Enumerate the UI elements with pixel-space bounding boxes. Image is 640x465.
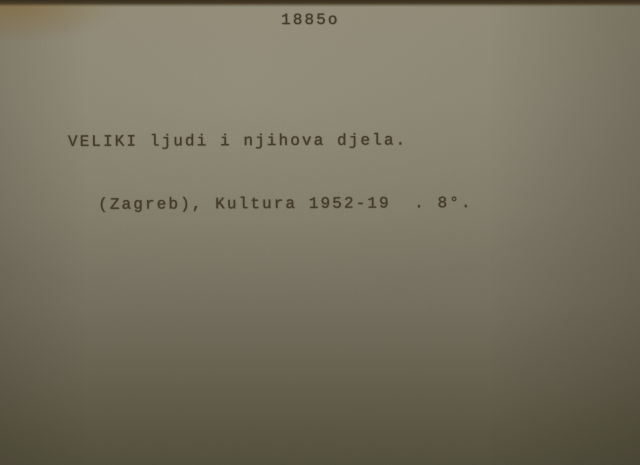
entry-title-line: VELIKI ljudi i njihova djela.	[68, 130, 473, 153]
entry-imprint-line: (Zagreb), Kultura 1952-19 . 8°.	[98, 193, 473, 216]
catalog-entry: VELIKI ljudi i njihova djela. (Zagreb), …	[68, 88, 473, 258]
catalog-card: 1885o VELIKI ljudi i njihova djela. (Zag…	[0, 0, 640, 465]
catalog-number: 1885o	[281, 10, 340, 31]
card-top-edge-shadow	[0, 0, 640, 7]
